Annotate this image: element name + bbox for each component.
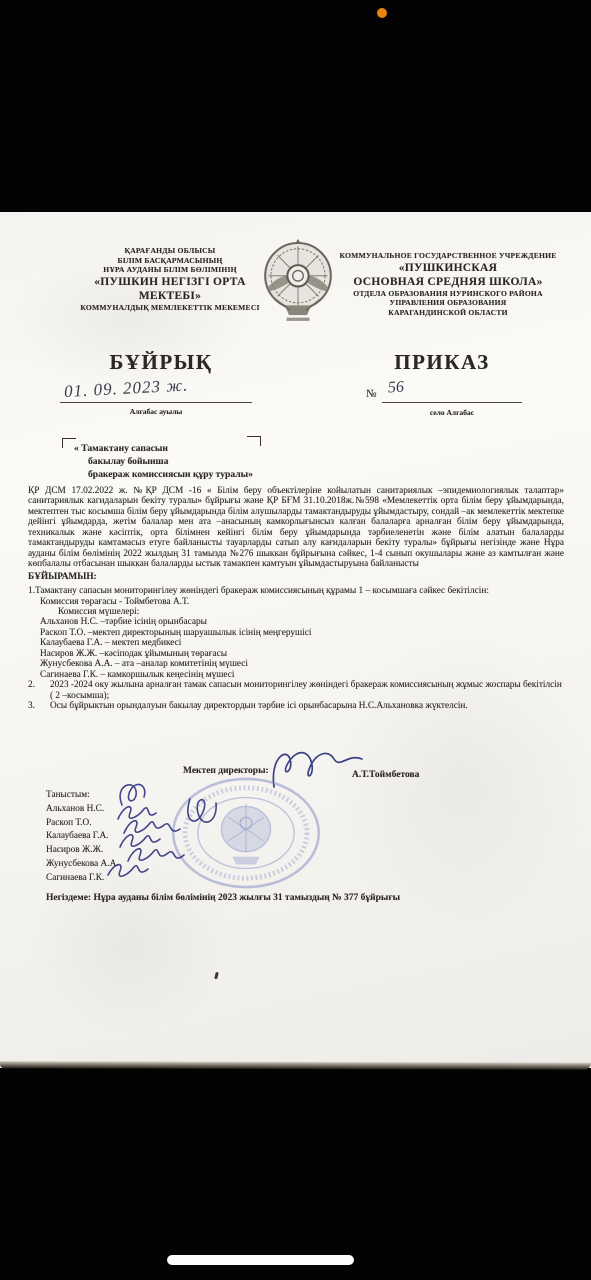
- org-line: УПРАВЛЕНИЯ ОБРАЗОВАНИЯ: [336, 298, 560, 308]
- kazakhstan-coat-of-arms-icon: [257, 237, 339, 331]
- school-name-ru: «ПУШКИНСКАЯ: [336, 261, 560, 275]
- item-text: 2023 -2024 оку жылына арналған тамак сап…: [50, 680, 564, 701]
- home-indicator-bar[interactable]: [167, 1255, 354, 1265]
- org-line: КОММУНАЛЬНОЕ ГОСУДАРСТВЕННОЕ УЧРЕЖДЕНИЕ: [336, 251, 560, 261]
- members-label: Комиссия мүшелері:: [28, 607, 564, 617]
- place-caption-ru: село Алгабас: [382, 408, 522, 417]
- basis-line: Негіздеме: Нұра ауданы білім бөлімінің 2…: [46, 893, 400, 903]
- school-name-kk: «ПУШКИН НЕГІЗГІ ОРТА: [68, 275, 272, 289]
- order-item-2: 2. 2023 -2024 оку жылына арналған тамак …: [28, 680, 564, 701]
- order-title-russian: ПРИКАЗ: [378, 350, 506, 375]
- commission-member: Раскоп Т.О. –мектеп директорының шаруашы…: [28, 628, 564, 638]
- acquainted-signatures: [94, 779, 244, 891]
- commission-member: Жунусбекова А.А. – ата –аналар комитетін…: [28, 659, 564, 669]
- camera-indicator-dot: [377, 8, 387, 18]
- order-subject: « Тамактану сапасын бакылау бойынша брак…: [74, 442, 284, 481]
- number-underline: [382, 402, 522, 403]
- org-line: ҚАРАҒАНДЫ ОБЛЫСЫ: [68, 246, 272, 256]
- resolution-word: БҰЙЫРАМЫН:: [28, 572, 564, 582]
- subject-line: бракераж комиссиясын құру туралы»: [74, 468, 284, 481]
- item-number: 2.: [28, 680, 50, 701]
- photo-viewer-screen: ҚАРАҒАНДЫ ОБЛЫСЫ БІЛІМ БАСҚАРМАСЫНЫҢ НҰР…: [0, 0, 591, 1280]
- basis-text: Нұра ауданы білім бөлімінің 2023 жылғы 3…: [91, 893, 400, 903]
- subject-line: бакылау бойынша: [74, 455, 284, 468]
- order-title-kazakh: БҰЙРЫҚ: [95, 350, 227, 375]
- subject-line: « Тамактану сапасын: [74, 442, 284, 455]
- order-body: ҚР ДСМ 17.02.2022 ж. №ҚР ДСМ -16 « Білім…: [28, 486, 564, 712]
- item-text: Осы бұйрыктын орындалуын бакылау директо…: [50, 701, 564, 711]
- org-line: ОТДЕЛА ОБРАЗОВАНИЯ НУРИНСКОГО РАЙОНА: [336, 289, 560, 299]
- commission-member: Калаубаева Г.А. – мектеп медбикесі: [28, 638, 564, 648]
- org-line: КАРАГАНДИНСКОЙ ОБЛАСТИ: [336, 308, 560, 318]
- preamble-paragraph: ҚР ДСМ 17.02.2022 ж. №ҚР ДСМ -16 « Білім…: [28, 486, 564, 570]
- item-number: 3.: [28, 701, 50, 711]
- basis-label: Негіздеме:: [46, 893, 91, 903]
- school-name-ru: ОСНОВНАЯ СРЕДНЯЯ ШКОЛА»: [336, 275, 560, 289]
- number-sign: №: [366, 388, 377, 400]
- order-item-3: 3. Осы бұйрыктын орындалуын бакылау дире…: [28, 701, 564, 711]
- org-line: КОММУНАЛДЫҚ МЕМЛЕКЕТТІК МЕКЕМЕСІ: [68, 303, 272, 313]
- handwritten-order-number: 56: [387, 378, 404, 397]
- commission-member: Сагинаева Г.К. – камкоршылык кеңесінің м…: [28, 670, 564, 680]
- commission-member: Насиров Ж.Ж. –кәсіподак ұйымының төрағас…: [28, 649, 564, 659]
- commission-chairman: Комиссия төрағасы - Тоймбетова А.Т.: [28, 597, 564, 607]
- commission-member: Альханов Н.С. –тәрбие ісінің орынбасары: [28, 617, 564, 627]
- org-line: БІЛІМ БАСҚАРМАСЫНЫҢ: [68, 256, 272, 266]
- paper-bottom-edge: [0, 1061, 591, 1070]
- letterhead-russian: КОММУНАЛЬНОЕ ГОСУДАРСТВЕННОЕ УЧРЕЖДЕНИЕ …: [336, 251, 560, 317]
- director-name: А.Т.Тоймбетова: [352, 770, 419, 780]
- place-caption-kk: Алғабас ауылы: [60, 407, 252, 416]
- school-name-kk: МЕКТЕБІ»: [68, 289, 272, 303]
- org-line: НҰРА АУДАНЫ БІЛІМ БӨЛІМІНІҢ: [68, 265, 272, 275]
- date-underline: [60, 402, 252, 403]
- letterhead-kazakh: ҚАРАҒАНДЫ ОБЛЫСЫ БІЛІМ БАСҚАРМАСЫНЫҢ НҰР…: [68, 246, 272, 312]
- order-item-1: 1.Тамактану сапасын мониторингілеу жөнін…: [28, 586, 564, 596]
